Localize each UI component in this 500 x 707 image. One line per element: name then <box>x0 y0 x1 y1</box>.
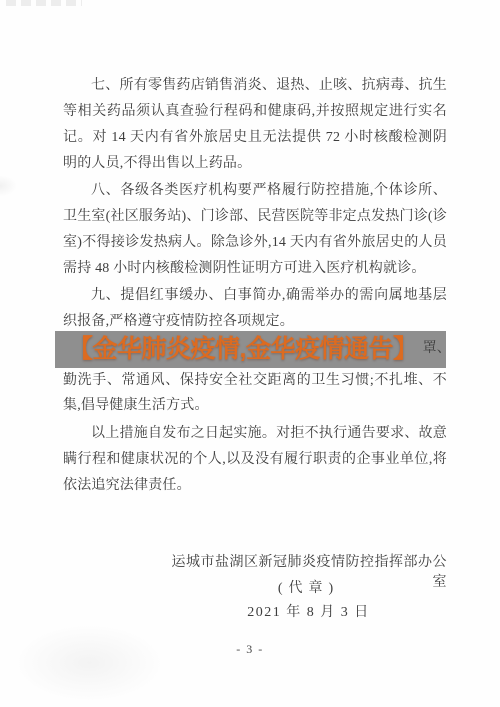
text-line: 卫生室(社区服务站)、门诊部、民营医院等非定点发热门诊(诊 <box>63 204 447 230</box>
paragraph-7: 七、所有零售药店销售消炎、退热、止咳、抗病毒、抗生素 等相关药品须认真查验行程码… <box>63 73 447 177</box>
text-line: 瞒行程和健康状况的个人,以及没有履行职责的企事业单位,将 <box>63 447 447 473</box>
obscured-text-fragment: 罩、 <box>423 336 451 362</box>
text-line: 记。对 14 天内有省外旅居史且无法提供 72 小时核酸检测阴性证 <box>63 125 447 151</box>
scan-artifact-left <box>0 176 16 196</box>
paragraph-closing: 以上措施自发布之日起实施。对拒不执行通告要求、故意隐 瞒行程和健康状况的个人,以… <box>63 421 447 499</box>
text-line: 等相关药品须认真查验行程码和健康码,并按照规定进行实名登 <box>63 99 447 125</box>
signature-date: 2021 年 8 月 3 日 <box>170 601 469 621</box>
text-line: 九、提倡红事缓办、白事简办,确需举办的需向属地基层组 <box>63 283 447 309</box>
text-line: 七、所有零售药店销售消炎、退热、止咳、抗病毒、抗生素 <box>63 73 447 99</box>
paragraph-8: 八、各级各类医疗机构要严格履行防控措施,个体诊所、村 卫生室(社区服务站)、门诊… <box>63 178 447 282</box>
text-line: 八、各级各类医疗机构要严格履行防控措施,个体诊所、村 <box>63 178 447 204</box>
text-line: 明的人员,不得出售以上药品。 <box>63 151 447 177</box>
scan-artifact-bottom <box>14 624 164 702</box>
caption-overlay-text: 【金华肺炎疫情,金华疫情通告】 <box>68 331 417 368</box>
text-line: 集,倡导健康生活方式。 <box>63 393 447 418</box>
text-line: 室)不得接诊发热病人。除急诊外,14 天内有省外旅居史的人员 <box>63 230 447 256</box>
text-line: 勤洗手、常通风、保持安全社交距离的卫生习惯;不扎堆、不聚 <box>63 368 447 393</box>
scan-artifact-top <box>6 0 82 6</box>
text-line: 需持 48 小时内核酸检测阴性证明方可进入医疗机构就诊。 <box>63 256 447 282</box>
watermark-banner: 【金华肺炎疫情,金华疫情通告】 罩、 <box>55 331 446 368</box>
paragraph-10-partial: 勤洗手、常通风、保持安全社交距离的卫生习惯;不扎堆、不聚 集,倡导健康生活方式。 <box>63 368 447 418</box>
text-line: 依法追究法律责任。 <box>63 473 447 499</box>
text-line: 以上措施自发布之日起实施。对拒不执行通告要求、故意隐 <box>63 421 447 447</box>
page-number: - 3 - <box>0 642 500 657</box>
notice-document-page: 七、所有零售药店销售消炎、退热、止咳、抗病毒、抗生素 等相关药品须认真查验行程码… <box>0 0 500 707</box>
paragraph-9: 九、提倡红事缓办、白事简办,确需举办的需向属地基层组 织报备,严格遵守疫情防控各… <box>63 283 447 335</box>
signature-seal-note: (代章) <box>170 577 461 597</box>
